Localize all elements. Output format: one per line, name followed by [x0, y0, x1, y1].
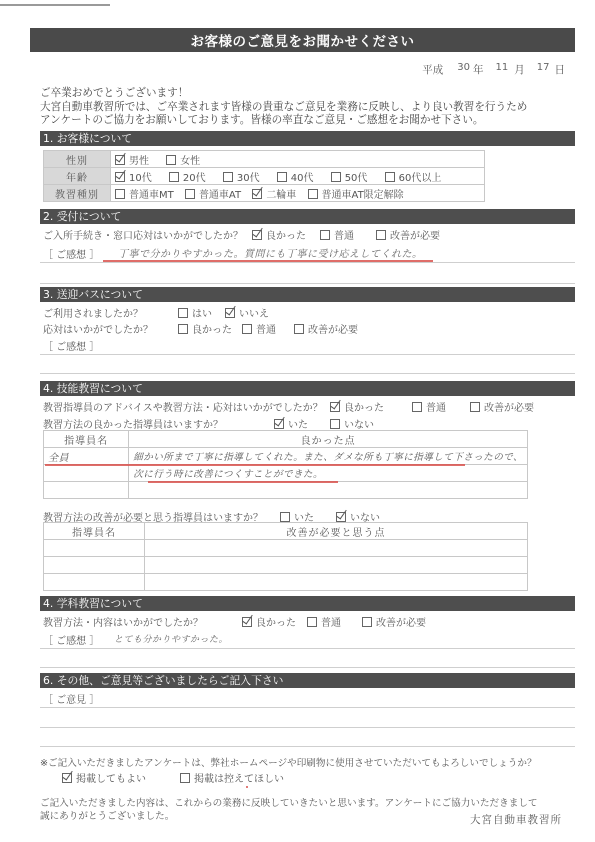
question-bus-used: ご利用されましたか？: [43, 305, 143, 320]
checkbox-driving-normal[interactable]: 普通: [412, 399, 446, 414]
comment-label: ［ ご感想 ］: [43, 246, 99, 261]
checkbox-age-60s-plus[interactable]: 60代以上: [385, 169, 442, 184]
section-heading-customer: 1. お客様について: [40, 131, 575, 146]
checkbox-bus-no[interactable]: いいえ: [225, 305, 269, 320]
column-header-improvement-points: 改善が必要と思う点: [145, 523, 528, 540]
table-row: 教習種別 普通車MT 普通車AT 二輪車 普通車AT限定解除: [44, 185, 485, 202]
checkbox-icon: [178, 308, 188, 318]
good-points-cell[interactable]: 次に行う時に改善につくすことができた。: [129, 465, 528, 482]
checkbox-classroom-normal[interactable]: 普通: [307, 614, 341, 629]
checkbox-classroom-good[interactable]: 良かった: [242, 614, 296, 629]
question-classroom: 教習方法・内容はいかがでしたか？: [43, 614, 203, 629]
checkbox-reception-good[interactable]: 良かった: [252, 227, 306, 242]
checkbox-good-instructor-yes[interactable]: いた: [274, 416, 308, 431]
date: 平成 30 年 11 月 17 日: [422, 62, 565, 77]
column-header-instructor-name: 指導員名: [44, 431, 129, 448]
improve-instructor-table: 指導員名 改善が必要と思う点: [43, 522, 528, 591]
table-header-row: 指導員名 改善が必要と思う点: [44, 523, 528, 540]
table-row: 年齢 10代 20代 30代 40代 50代 60代以上: [44, 168, 485, 185]
comment-rule: [40, 746, 575, 747]
comment-rule: [40, 283, 575, 284]
question-instructor-advice: 教習指導員のアドバイスや教習方法・応対はいかがでしたか？: [43, 399, 323, 414]
comment-label: ［ ご感想 ］: [43, 632, 99, 647]
checkbox-icon: [178, 324, 188, 334]
date-year-label: 年: [473, 62, 484, 77]
checkbox-icon: [330, 419, 340, 429]
checkbox-icon: [180, 773, 190, 783]
table-row: 全員 細かい所まで丁寧に指導してくれた。また、ダメな所も丁寧に指導して下さったの…: [44, 448, 528, 465]
red-underline: [45, 464, 465, 466]
checkbox-bus-needs-improvement[interactable]: 改善が必要: [294, 321, 358, 336]
page-title: お客様のご意見をお聞かせください: [30, 28, 575, 52]
date-day: 17: [537, 62, 550, 77]
date-month-label: 月: [514, 62, 525, 77]
checkbox-reception-normal[interactable]: 普通: [320, 227, 354, 242]
checkbox-icon: [274, 419, 284, 429]
comment-rule: [40, 648, 575, 649]
checkbox-icon: [308, 189, 318, 199]
scan-artifact: [0, 4, 110, 6]
checkbox-icon: [294, 324, 304, 334]
checkbox-driving-good[interactable]: 良かった: [330, 399, 384, 414]
checkbox-bus-normal[interactable]: 普通: [242, 321, 276, 336]
question-good-instructor: 教習方法の良かった指導員はいますか？: [43, 416, 223, 431]
question-reception: ご入所手続き・窓口応対はいかがでしたか？: [43, 227, 243, 242]
checkbox-reception-needs-improvement[interactable]: 改善が必要: [376, 227, 440, 242]
table-row: [44, 540, 528, 557]
comment-rule: [40, 727, 575, 728]
intro-text: ご卒業おめでとうございます！ 大宮自動車教習所では、ご卒業されます皆様の貴重なご…: [40, 87, 527, 128]
organization-name: 大宮自動車教習所: [470, 812, 562, 827]
comment-rule: [40, 373, 575, 374]
checkbox-icon: [307, 617, 317, 627]
checkbox-icon: [169, 172, 179, 182]
section-heading-shuttle-bus: 3. 送迎バスについて: [40, 287, 575, 302]
table-row: [44, 574, 528, 591]
checkbox-good-instructor-no[interactable]: いない: [330, 416, 374, 431]
comment-label: ［ ご意見 ］: [43, 691, 99, 706]
checkbox-icon: [320, 230, 330, 240]
instructor-name-cell[interactable]: [44, 465, 129, 482]
instructor-name-cell[interactable]: [44, 557, 145, 574]
ink-mark: [246, 786, 248, 788]
checkbox-icon: [242, 617, 252, 627]
checkbox-age-40s[interactable]: 40代: [277, 169, 314, 184]
checkbox-icon: [331, 172, 341, 182]
table-header-row: 指導員名 良かった点: [44, 431, 528, 448]
intro-line: アンケートのご協力をお願いしております。皆様の率直なご意見・ご感想をお聞かせ下さ…: [40, 114, 527, 128]
checkbox-icon: [362, 617, 372, 627]
checkbox-course-motorcycle[interactable]: 二輪車: [252, 186, 296, 201]
closing-line: 誠にありがとうございました。: [40, 808, 174, 822]
checkbox-icon: [115, 155, 125, 165]
improvement-points-cell[interactable]: [145, 574, 528, 591]
checkbox-age-20s[interactable]: 20代: [169, 169, 206, 184]
checkbox-icon: [277, 172, 287, 182]
checkbox-icon: [225, 308, 235, 318]
date-year: 30: [457, 62, 470, 77]
column-header-good-points: 良かった点: [129, 431, 528, 448]
checkbox-consent-allow[interactable]: 掲載してもよい: [62, 770, 146, 785]
checkbox-icon: [242, 324, 252, 334]
comment-rule: [40, 707, 575, 708]
intro-line: 大宮自動車教習所では、ご卒業されます皆様の貴重なご意見を業務に反映し、より良い教…: [40, 101, 527, 115]
closing-line: ご記入いただきました内容は、これからの業務に反映していきたいと思います。アンケー…: [40, 795, 538, 809]
checkbox-icon: [115, 189, 125, 199]
checkbox-icon: [280, 512, 290, 522]
red-underline: [148, 481, 338, 483]
improvement-points-cell[interactable]: [145, 540, 528, 557]
good-points-cell[interactable]: 細かい所まで丁寧に指導してくれた。また、ダメな所も丁寧に指導して下さったので、: [129, 448, 528, 465]
instructor-name-cell[interactable]: [44, 574, 145, 591]
date-month: 11: [496, 62, 509, 77]
instructor-name-cell[interactable]: 全員: [44, 448, 129, 465]
checkbox-icon: [412, 402, 422, 412]
row-label: 教習種別: [44, 185, 111, 202]
table-row: [44, 482, 528, 499]
customer-info-table: 性別 男性 女性 年齢 10代 20代 30代 40代 50代 60代以上 教習…: [43, 150, 485, 202]
checkbox-icon: [336, 512, 346, 522]
checkbox-driving-needs-improvement[interactable]: 改善が必要: [470, 399, 534, 414]
checkbox-icon: [252, 230, 262, 240]
checkbox-course-at[interactable]: 普通車AT: [185, 186, 241, 201]
checkbox-classroom-needs-improvement[interactable]: 改善が必要: [362, 614, 426, 629]
checkbox-male[interactable]: 男性: [115, 152, 149, 167]
row-label: 年齢: [44, 168, 111, 185]
table-row: 次に行う時に改善につくすことができた。: [44, 465, 528, 482]
checkbox-bus-yes[interactable]: はい: [178, 305, 212, 320]
good-points-cell[interactable]: [129, 482, 528, 499]
section-heading-driving-lessons: 4. 技能教習について: [40, 381, 575, 396]
checkbox-consent-decline[interactable]: 掲載は控えてほしい: [180, 770, 284, 785]
checkbox-icon: [185, 189, 195, 199]
section-heading-other-comments: 6. その他、ご意見等ございましたらご記入下さい: [40, 673, 575, 688]
section-heading-reception: 2. 受付について: [40, 209, 575, 224]
consent-question: ※ご記入いただきましたアンケートは、弊社ホームページや印刷物に使用させていただい…: [40, 755, 537, 769]
checkbox-icon: [376, 230, 386, 240]
comment-rule: [40, 354, 575, 355]
row-label: 性別: [44, 151, 111, 168]
table-row: [44, 557, 528, 574]
checkbox-icon: [62, 773, 72, 783]
column-header-instructor-name: 指導員名: [44, 523, 145, 540]
checkbox-icon: [470, 402, 480, 412]
comment-rule: [40, 667, 575, 668]
checkbox-course-at-limit-removal[interactable]: 普通車AT限定解除: [308, 186, 404, 201]
instructor-name-cell[interactable]: [44, 540, 145, 557]
section-heading-classroom-lessons: 4. 学科教習について: [40, 596, 575, 611]
instructor-name-cell[interactable]: [44, 482, 129, 499]
checkbox-icon: [166, 155, 176, 165]
checkbox-icon: [252, 189, 262, 199]
checkbox-age-10s[interactable]: 10代: [115, 169, 152, 184]
classroom-comment[interactable]: とても分かりやすかった。: [114, 632, 228, 645]
checkbox-age-30s[interactable]: 30代: [223, 169, 260, 184]
date-day-label: 日: [555, 62, 566, 77]
checkbox-bus-good[interactable]: 良かった: [178, 321, 232, 336]
comment-label: ［ ご感想 ］: [43, 338, 99, 353]
question-bus-service: 応対はいかがでしたか？: [43, 321, 153, 336]
reception-comment[interactable]: 丁寧で分かりやすかった。質問にも丁寧に受け応えしてくれた。: [118, 245, 423, 260]
improvement-points-cell[interactable]: [145, 557, 528, 574]
checkbox-age-50s[interactable]: 50代: [331, 169, 368, 184]
checkbox-icon: [223, 172, 233, 182]
checkbox-icon: [115, 172, 125, 182]
checkbox-female[interactable]: 女性: [166, 152, 200, 167]
date-era: 平成: [422, 62, 443, 77]
intro-line: ご卒業おめでとうございます！: [40, 87, 527, 101]
checkbox-icon: [330, 402, 340, 412]
checkbox-course-mt[interactable]: 普通車MT: [115, 186, 174, 201]
table-row: 性別 男性 女性: [44, 151, 485, 168]
comment-rule: [40, 262, 575, 263]
checkbox-icon: [385, 172, 395, 182]
